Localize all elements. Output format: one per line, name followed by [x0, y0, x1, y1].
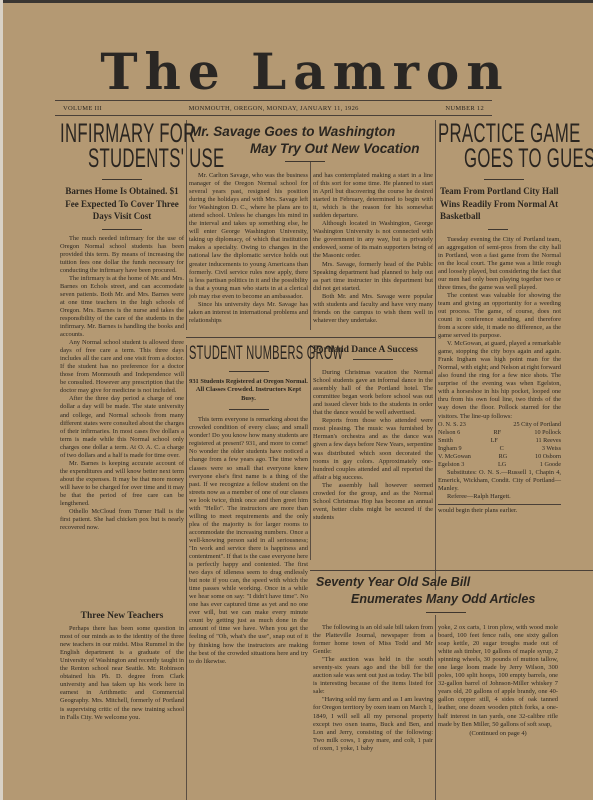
lineup-row: Ingham 9C3 Weiss — [438, 445, 561, 453]
dance-continued: would begin their plans earlier. — [438, 504, 561, 515]
position: LG — [498, 461, 506, 469]
savage-column-a: Mr. Carlton Savage, who was the business… — [189, 172, 308, 325]
lineup-row: SmithLF11 Reeves — [438, 437, 561, 445]
student-numbers-deck: 931 Students Registered at Oregon Normal… — [189, 378, 308, 403]
paragraph: Mr. Barnes is keeping accurate account o… — [60, 460, 184, 508]
visitor-player: 1 Goode — [540, 461, 561, 469]
section-rule — [310, 570, 593, 571]
paragraph: Reports from those who attended were mos… — [313, 417, 433, 481]
paragraph: Tuesday evening the City of Portland tea… — [438, 236, 561, 292]
paragraph: The infirmary is at the home of Mr. and … — [60, 275, 184, 339]
student-numbers-headline: STUDENT NUMBERS GROW — [189, 343, 258, 365]
paragraph: Although located in Washington, George W… — [313, 220, 433, 260]
section-rule — [186, 337, 436, 338]
dance-headline: Portland Dance A Success — [313, 346, 433, 354]
article-three-new-teachers: Three New Teachers Perhaps there has bee… — [60, 612, 184, 722]
sale-headline-1: Seventy Year Old Sale Bill — [316, 574, 591, 591]
divider — [102, 229, 142, 230]
column-rule — [435, 615, 436, 800]
position: RF — [493, 429, 501, 437]
savage-headline: Mr. Savage Goes to Washington May Try Ou… — [190, 124, 435, 162]
lineup-table: O. N. S. 23 25 City of Portland Nelson 6… — [438, 421, 561, 469]
savage-column-b: and has contemplated making a start in a… — [313, 172, 433, 325]
paragraph: Othello McCloud from Turner Hall is the … — [60, 508, 184, 532]
home-player: Smith — [438, 437, 453, 445]
column-rule — [186, 345, 187, 800]
divider — [488, 229, 508, 230]
referee: Referee—Ralph Hargett. — [438, 493, 561, 501]
divider — [353, 359, 393, 360]
newspaper-masthead: The Lamron — [60, 44, 550, 100]
sale-bill-column-b: yoke, 2 ox carts, 1 iron plow, with wood… — [438, 624, 558, 738]
paragraph: "Having sold my farm and as I am leaving… — [313, 696, 433, 752]
lineup-row: V. McGowanRG10 Osborn — [438, 453, 561, 461]
position: RG — [499, 453, 508, 461]
article-student-numbers: STUDENT NUMBERS GROW 931 Students Regist… — [189, 343, 308, 666]
paragraph: Any Normal school student is allowed thr… — [60, 339, 184, 395]
savage-headline-2: May Try Out New Vocation — [250, 140, 435, 158]
divider — [229, 371, 269, 372]
substitutes: Substitutes: O. N. S.—Russell 1, Chapin … — [438, 469, 561, 493]
paragraph: The assembly hall however seemed crowded… — [313, 482, 433, 522]
article-portland-dance: Portland Dance A Success During Christma… — [313, 346, 433, 522]
paragraph: yoke, 2 ox carts, 1 iron plow, with wood… — [438, 624, 558, 729]
position: LF — [491, 437, 498, 445]
paragraph: This term everyone is remarking about th… — [189, 416, 308, 665]
column-rule — [310, 345, 311, 560]
paragraph: "The auction was held in the south seven… — [313, 656, 433, 696]
savage-headline-1: Mr. Savage Goes to Washington — [190, 124, 435, 140]
paragraph: Since his university days Mr. Savage has… — [189, 301, 308, 325]
lineup-row: Nelson 6RF10 Pollock — [438, 429, 561, 437]
paragraph: V. McGowan, at guard, played a remarkabl… — [438, 340, 561, 420]
teachers-headline: Three New Teachers — [60, 612, 184, 620]
infirmary-deck: Barnes Home Is Obtained. $1 Fee Expected… — [60, 185, 184, 223]
divider — [229, 409, 269, 410]
home-player: V. McGowan — [438, 453, 471, 461]
paragraph: and has contemplated making a start in a… — [313, 172, 433, 220]
paragraph: The following is an old sale bill taken … — [313, 624, 433, 656]
continued-note: (Continued on page 4) — [438, 730, 558, 738]
volume-label: VOLUME III — [63, 105, 102, 112]
lineup-header: O. N. S. 23 25 City of Portland — [438, 421, 561, 429]
paragraph: Mr. Carlton Savage, who was the business… — [189, 172, 308, 301]
scan-left-edge — [0, 0, 3, 800]
article-infirmary: INFIRMARY FOR STUDENTS' USE Barnes Home … — [60, 120, 184, 532]
visitor-player: 10 Pollock — [534, 429, 561, 437]
dateline: MONMOUTH, OREGON, MONDAY, JANUARY 11, 19… — [189, 105, 359, 112]
home-player: Ingham 9 — [438, 445, 462, 453]
paragraph: After the three day period a charge of o… — [60, 395, 184, 459]
home-player: Nelson 6 — [438, 429, 460, 437]
paragraph: Mrs. Savage, formerly head of the Public… — [313, 261, 433, 293]
paragraph: Perhaps there has been some question in … — [60, 625, 184, 722]
visitor-score: 25 City of Portland — [513, 421, 561, 429]
position: C — [500, 445, 504, 453]
scan-top-edge — [0, 0, 593, 3]
folio-line: VOLUME III MONMOUTH, OREGON, MONDAY, JAN… — [55, 100, 492, 116]
issue-number: NUMBER 12 — [445, 105, 484, 112]
paragraph: The contest was valuable for showing the… — [438, 292, 561, 340]
practice-headline-2: GOES TO GUESTS — [464, 145, 593, 172]
sale-bill-headline: Seventy Year Old Sale Bill Enumerates Ma… — [316, 574, 591, 613]
paragraph: The much needed infirmary for the use of… — [60, 235, 184, 275]
home-player: Egelston 3 — [438, 461, 464, 469]
column-rule — [310, 162, 311, 330]
sale-headline-2: Enumerates Many Odd Articles — [351, 591, 591, 608]
divider — [484, 179, 524, 180]
lineup-row: Egelston 3LG1 Goode — [438, 461, 561, 469]
divider — [285, 161, 325, 162]
paragraph: Both Mr. and Mrs. Savage were popular wi… — [313, 293, 433, 325]
visitor-player: 11 Reeves — [536, 437, 561, 445]
home-score: O. N. S. 23 — [438, 421, 466, 429]
visitor-player: 10 Osborn — [535, 453, 561, 461]
practice-deck: Team From Portland City Hall Wins Readil… — [438, 185, 560, 223]
paragraph: During Christmas vacation the Normal Sch… — [313, 369, 433, 417]
sale-bill-column-a: The following is an old sale bill taken … — [313, 624, 433, 753]
divider — [426, 612, 466, 613]
divider — [102, 179, 142, 180]
visitor-player: 3 Weiss — [542, 445, 561, 453]
article-practice-game: PRACTICE GAME GOES TO GUESTS Team From P… — [438, 120, 589, 515]
column-rule — [435, 120, 436, 590]
